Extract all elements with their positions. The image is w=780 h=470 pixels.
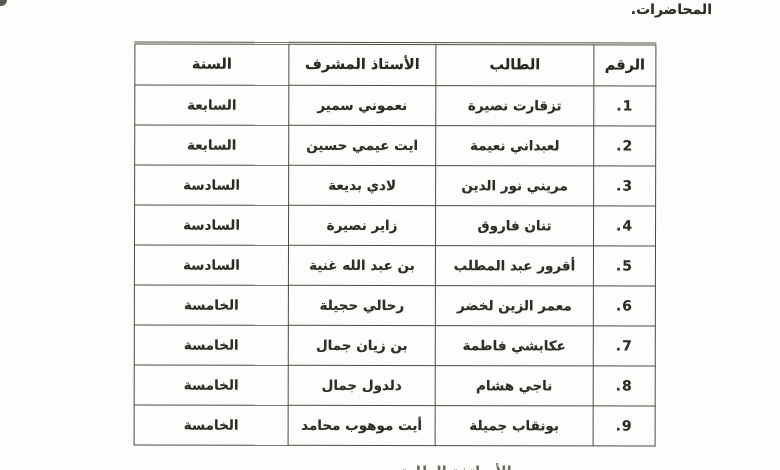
row-number-cell: .7 <box>593 326 655 366</box>
year-cell: السادسة <box>134 245 288 285</box>
row-number-cell: .6 <box>593 286 655 326</box>
year-cell: الخامسة <box>134 365 288 405</box>
column-header-number: الرقم <box>594 44 656 86</box>
supervisor-cell: زاير نصيرة <box>288 205 435 245</box>
year-cell: السابعة <box>135 125 289 165</box>
year-cell: السابعة <box>135 85 289 125</box>
supervisor-cell: أيت موهوب محامد <box>288 405 435 445</box>
supervisor-cell: بن زيان جمال <box>288 325 435 365</box>
table-row: .5 أقرور عبد المطلب بن عبد الله غنية الس… <box>134 245 655 286</box>
table-row: .4 تنان فاروق زاير نصيرة السادسة <box>134 205 655 246</box>
table-row: .3 مريني نور الدين لادي بديعة السادسة <box>135 165 656 206</box>
cutoff-text-fragment: الأساتذة الطلبة <box>400 461 690 470</box>
column-header-supervisor: الأستاذ المشرف <box>289 43 436 85</box>
table-row: .9 بونقاب جميلة أيت موهوب محامد الخامسة <box>134 405 655 446</box>
row-number-cell: .8 <box>593 366 655 406</box>
supervisor-cell: بن عبد الله غنية <box>288 245 435 285</box>
student-cell: تنان فاروق <box>435 206 593 246</box>
student-cell: تزقارت نصيرة <box>436 86 594 126</box>
students-supervisors-table: الرقم الطالب الأستاذ المشرف السنة .1 تزق… <box>134 41 657 446</box>
table-row: .7 عكابشي فاطمة بن زيان جمال الخامسة <box>134 325 655 366</box>
student-cell: أقرور عبد المطلب <box>435 246 593 286</box>
student-cell: مريني نور الدين <box>436 166 594 206</box>
table-header-row: الرقم الطالب الأستاذ المشرف السنة <box>135 43 656 86</box>
supervisor-cell: رحالي حجيلة <box>288 285 435 325</box>
column-header-student: الطالب <box>436 44 594 86</box>
scan-artifact <box>0 0 7 6</box>
page-heading-fragment: المحاضرات. <box>631 2 712 18</box>
student-cell: ناجي هشام <box>435 366 593 406</box>
row-number-cell: .9 <box>593 406 655 446</box>
student-cell: لعبداني نعيمة <box>436 126 594 166</box>
supervisor-cell: نعموني سمير <box>289 85 436 125</box>
student-cell: عكابشي فاطمة <box>435 326 593 366</box>
student-cell: بونقاب جميلة <box>435 406 593 446</box>
year-cell: السادسة <box>134 205 288 245</box>
table-row: .1 تزقارت نصيرة نعموني سمير السابعة <box>135 85 656 126</box>
scanned-document-page: المحاضرات. الرقم الطالب الأستاذ المشرف ا… <box>0 0 780 470</box>
column-header-year: السنة <box>135 43 289 85</box>
table-row: .2 لعبداني نعيمة ايت عيمي حسين السابعة <box>135 125 656 166</box>
row-number-cell: .3 <box>594 166 656 206</box>
year-cell: الخامسة <box>134 405 288 445</box>
table-row: .8 ناجي هشام دلدول جمال الخامسة <box>134 365 655 406</box>
table-row: .6 معمر الزين لخضر رحالي حجيلة الخامسة <box>134 285 655 326</box>
supervisor-cell: لادي بديعة <box>289 165 436 205</box>
row-number-cell: .5 <box>593 246 655 286</box>
supervisor-cell: دلدول جمال <box>288 365 435 405</box>
row-number-cell: .4 <box>593 206 655 246</box>
supervisor-cell: ايت عيمي حسين <box>289 125 436 165</box>
year-cell: السادسة <box>135 165 289 205</box>
year-cell: الخامسة <box>134 285 288 325</box>
row-number-cell: .1 <box>594 86 656 126</box>
year-cell: الخامسة <box>134 325 288 365</box>
student-cell: معمر الزين لخضر <box>435 286 593 326</box>
row-number-cell: .2 <box>594 126 656 166</box>
